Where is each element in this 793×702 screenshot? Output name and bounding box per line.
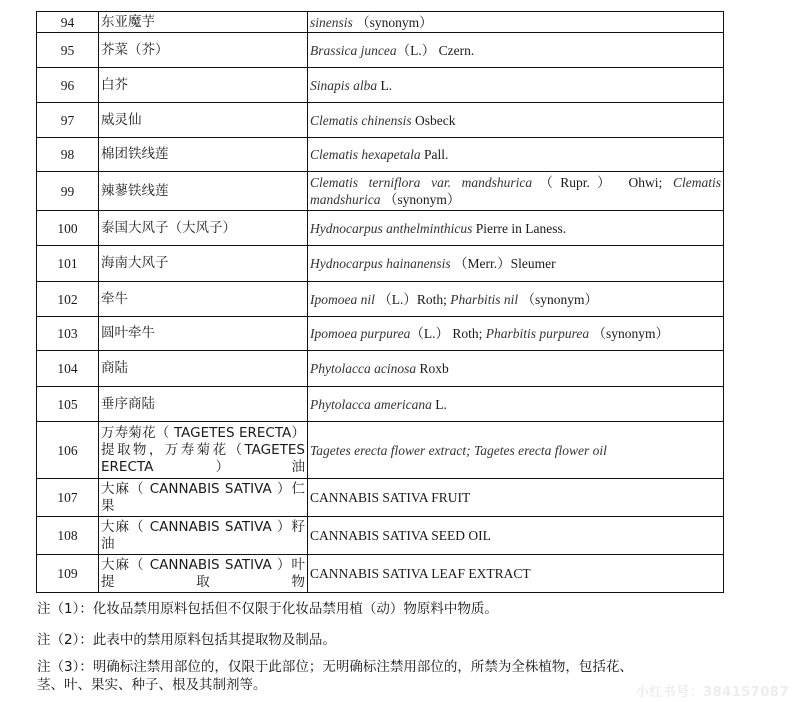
chinese-name: 商陆	[99, 351, 308, 387]
row-number: 103	[37, 317, 99, 351]
scientific-name: Hydnocarpus hainanensis （Merr.）Sleumer	[308, 246, 724, 282]
row-number: 107	[37, 479, 99, 517]
author-segment: （Rupr.） Ohwi;	[532, 175, 673, 190]
row-number: 105	[37, 387, 99, 422]
scientific-name: Brassica juncea（L.） Czern.	[308, 33, 724, 68]
latin-name-segment: sinensis	[310, 15, 353, 30]
chinese-name: 辣蓼铁线莲	[99, 172, 308, 211]
row-number: 104	[37, 351, 99, 387]
watermark: 小红书号：384157087	[636, 681, 789, 700]
scientific-name: Ipomoea purpurea（L.） Roth; Pharbitis pur…	[308, 317, 724, 351]
row-number: 102	[37, 282, 99, 317]
row-number: 98	[37, 138, 99, 172]
scientific-name: CANNABIS SATIVA SEED OIL	[308, 517, 724, 555]
row-number: 99	[37, 172, 99, 211]
scientific-name: CANNABIS SATIVA FRUIT	[308, 479, 724, 517]
latin-name-segment: Pharbitis purpurea	[486, 326, 589, 341]
row-number: 96	[37, 68, 99, 103]
note-3-line-2: 茎、叶、果实、种子、根及其制剂等。	[37, 676, 737, 694]
latin-name-segment: Ipomoea nil	[310, 292, 375, 307]
chinese-name: 泰国大风子（大风子）	[99, 211, 308, 246]
footnotes: 注（1）：化妆品禁用原料包括但不仅限于化妆品禁用植（动）物原料中物质。 注（2）…	[37, 598, 737, 694]
scientific-name: Clematis terniflora var. mandshurica（Rup…	[308, 172, 724, 211]
author-segment: （L.） Czern.	[397, 43, 475, 58]
author-segment: Pall.	[421, 147, 449, 162]
table-row: 103圆叶牵牛Ipomoea purpurea（L.） Roth; Pharbi…	[37, 317, 724, 351]
author-segment: （synonym）	[353, 15, 433, 30]
chinese-name: 大麻（ CANNABIS SATIVA ）仁果	[99, 479, 308, 517]
table-row: 106万寿菊花（ TAGETES ERECTA）提取物，万寿菊花（TAGETES…	[37, 422, 724, 479]
banned-plant-ingredients-table: 94东亚魔芋sinensis （synonym）95芥菜（芥）Brassica …	[36, 11, 724, 593]
table-row: 109大麻（ CANNABIS SATIVA ）叶提取物CANNABIS SAT…	[37, 555, 724, 593]
latin-name-segment: Clematis hexapetala	[310, 147, 421, 162]
note-3: 注（3）：明确标注禁用部位的，仅限于此部位；无明确标注禁用部位的，所禁为全株植物…	[37, 658, 737, 694]
scientific-name: Clematis hexapetala Pall.	[308, 138, 724, 172]
author-segment: （L.）Roth;	[375, 292, 450, 307]
author-segment: CANNABIS SATIVA SEED OIL	[310, 528, 491, 543]
row-number: 109	[37, 555, 99, 593]
latin-name-segment: Hydnocarpus anthelminthicus	[310, 221, 472, 236]
author-segment: CANNABIS SATIVA LEAF EXTRACT	[310, 566, 531, 581]
latin-name-segment: Pharbitis nil	[450, 292, 518, 307]
chinese-name: 大麻（ CANNABIS SATIVA ）籽油	[99, 517, 308, 555]
author-segment: Roxb	[416, 361, 449, 376]
table-row: 98棉团铁线莲Clematis hexapetala Pall.	[37, 138, 724, 172]
author-segment: （L.） Roth;	[410, 326, 485, 341]
table-row: 107大麻（ CANNABIS SATIVA ）仁果CANNABIS SATIV…	[37, 479, 724, 517]
chinese-name: 棉团铁线莲	[99, 138, 308, 172]
latin-name-segment: Sinapis alba	[310, 78, 377, 93]
author-segment: L.	[432, 397, 447, 412]
author-segment: Osbeck	[412, 113, 456, 128]
table-row: 104商陆Phytolacca acinosa Roxb	[37, 351, 724, 387]
chinese-name: 东亚魔芋	[99, 12, 308, 33]
table-row: 101海南大风子Hydnocarpus hainanensis （Merr.）S…	[37, 246, 724, 282]
note-3-line-1: 注（3）：明确标注禁用部位的，仅限于此部位；无明确标注禁用部位的，所禁为全株植物…	[37, 658, 737, 676]
table-row: 99辣蓼铁线莲Clematis terniflora var. mandshur…	[37, 172, 724, 211]
table-body: 94东亚魔芋sinensis （synonym）95芥菜（芥）Brassica …	[37, 12, 724, 593]
row-number: 100	[37, 211, 99, 246]
author-segment: （Merr.）Sleumer	[451, 256, 556, 271]
latin-name-segment: Phytolacca acinosa	[310, 361, 416, 376]
table-row: 94东亚魔芋sinensis （synonym）	[37, 12, 724, 33]
latin-name-segment: Clematis terniflora var. mandshurica	[310, 175, 532, 190]
chinese-name: 白芥	[99, 68, 308, 103]
scientific-name: Phytolacca americana L.	[308, 387, 724, 422]
scientific-name: Sinapis alba L.	[308, 68, 724, 103]
scientific-name: Hydnocarpus anthelminthicus Pierre in La…	[308, 211, 724, 246]
latin-name-segment: Clematis chinensis	[310, 113, 412, 128]
row-number: 95	[37, 33, 99, 68]
latin-name-segment: Tagetes erecta flower extract; Tagetes e…	[310, 443, 607, 458]
note-1: 注（1）：化妆品禁用原料包括但不仅限于化妆品禁用植（动）物原料中物质。	[37, 600, 737, 618]
chinese-name: 圆叶牵牛	[99, 317, 308, 351]
row-number: 108	[37, 517, 99, 555]
note-2: 注（2）：此表中的禁用原料包括其提取物及制品。	[37, 631, 737, 649]
author-segment: （synonym）	[518, 292, 598, 307]
chinese-name: 万寿菊花（ TAGETES ERECTA）提取物，万寿菊花（TAGETES ER…	[99, 422, 308, 479]
scientific-name: Ipomoea nil （L.）Roth; Pharbitis nil （syn…	[308, 282, 724, 317]
scientific-name: Clematis chinensis Osbeck	[308, 103, 724, 138]
latin-name-segment: Ipomoea purpurea	[310, 326, 410, 341]
latin-name-segment: Hydnocarpus hainanensis	[310, 256, 451, 271]
table-row: 105垂序商陆Phytolacca americana L.	[37, 387, 724, 422]
latin-name-segment: Phytolacca americana	[310, 397, 432, 412]
author-segment: （synonym）	[589, 326, 669, 341]
chinese-name: 海南大风子	[99, 246, 308, 282]
row-number: 94	[37, 12, 99, 33]
chinese-name: 垂序商陆	[99, 387, 308, 422]
row-number: 101	[37, 246, 99, 282]
table-row: 95芥菜（芥）Brassica juncea（L.） Czern.	[37, 33, 724, 68]
chinese-name: 大麻（ CANNABIS SATIVA ）叶提取物	[99, 555, 308, 593]
table-row: 108大麻（ CANNABIS SATIVA ）籽油CANNABIS SATIV…	[37, 517, 724, 555]
author-segment: Pierre in Laness.	[472, 221, 566, 236]
chinese-name: 牵牛	[99, 282, 308, 317]
scientific-name: Tagetes erecta flower extract; Tagetes e…	[308, 422, 724, 479]
author-segment: L.	[377, 78, 392, 93]
row-number: 97	[37, 103, 99, 138]
table-row: 102牵牛Ipomoea nil （L.）Roth; Pharbitis nil…	[37, 282, 724, 317]
author-segment: （synonym）	[381, 192, 461, 207]
chinese-name: 芥菜（芥）	[99, 33, 308, 68]
author-segment: CANNABIS SATIVA FRUIT	[310, 490, 470, 505]
table-row: 100泰国大风子（大风子）Hydnocarpus anthelminthicus…	[37, 211, 724, 246]
scientific-name: CANNABIS SATIVA LEAF EXTRACT	[308, 555, 724, 593]
table-row: 96白芥Sinapis alba L.	[37, 68, 724, 103]
row-number: 106	[37, 422, 99, 479]
latin-name-segment: Brassica juncea	[310, 43, 397, 58]
scientific-name: Phytolacca acinosa Roxb	[308, 351, 724, 387]
scientific-name: sinensis （synonym）	[308, 12, 724, 33]
table-row: 97威灵仙Clematis chinensis Osbeck	[37, 103, 724, 138]
chinese-name: 威灵仙	[99, 103, 308, 138]
